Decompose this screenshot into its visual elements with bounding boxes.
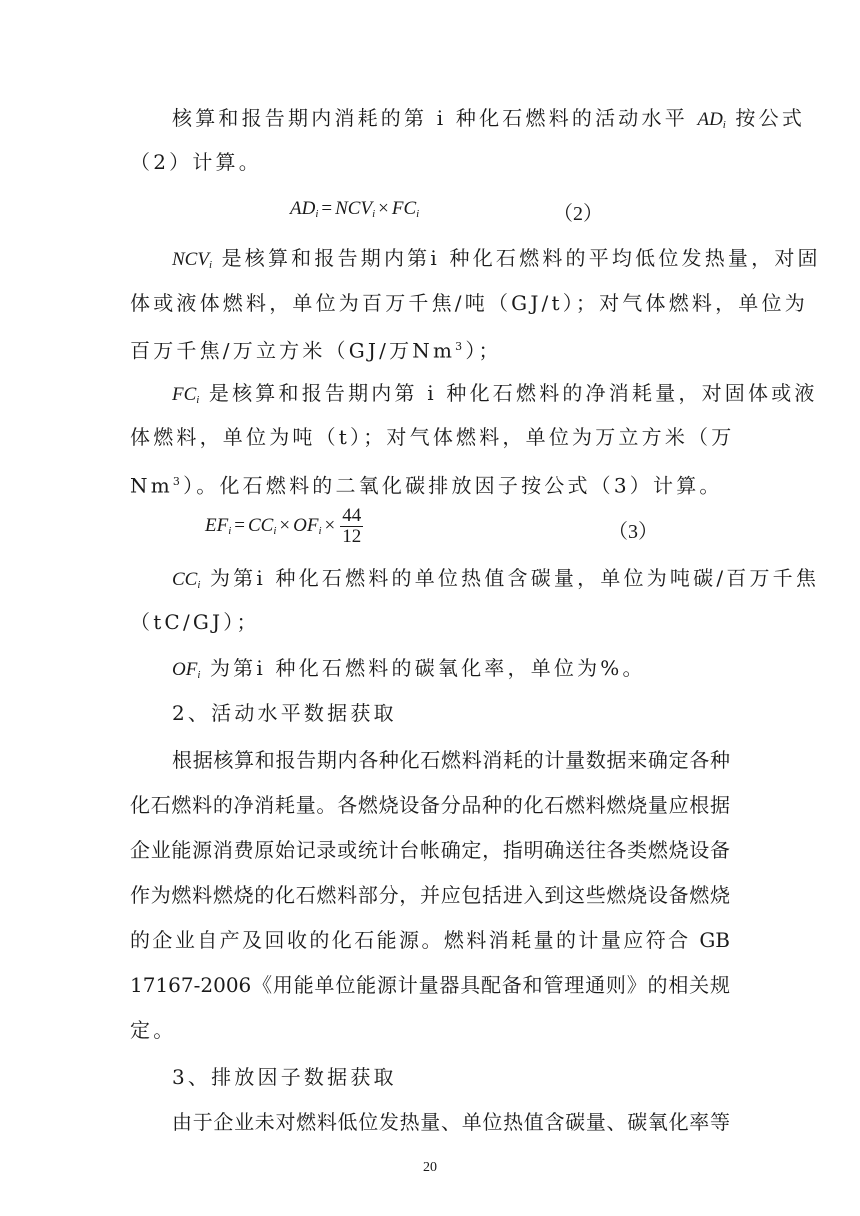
paragraph-line: 体或液体燃料，单位为百万千焦/吨（GJ/t）；对气体燃料，单位为 [130, 290, 730, 316]
variable-cc: CCi [172, 569, 200, 590]
page-number: 20 [0, 1160, 860, 1176]
variable-fc: FCi [172, 384, 199, 405]
fraction: 4412 [340, 506, 363, 547]
paragraph-line: 定。 [130, 1017, 730, 1043]
variable-ad: ADi [697, 109, 725, 130]
paragraph-line: 的企业自产及回收的化石能源。燃料消耗量的计量应符合 GB [130, 927, 730, 953]
paragraph-line: CCi 为第i 种化石燃料的单位热值含碳量，单位为吨碳/百万千焦 [172, 565, 730, 598]
paragraph-line: （2）计算。 [130, 149, 730, 175]
paragraph-line: 体燃料，单位为吨（t）；对气体燃料，单位为万立方米（万 [130, 424, 730, 450]
paragraph-line: 17167-2006《用能单位能源计量器具配备和管理通则》的相关规 [130, 972, 730, 998]
paragraph-line: OFi 为第i 种化石燃料的碳氧化率，单位为%。 [172, 655, 730, 688]
paragraph-line: Nm3）。化石燃料的二氧化碳排放因子按公式（3）计算。 [130, 469, 730, 499]
formula-2: ADi=NCVi×FCi [290, 198, 419, 220]
variable-of: OFi [172, 659, 200, 680]
equation-number-3: （3） [608, 515, 658, 544]
text: 按公式 [726, 106, 805, 130]
paragraph-line: NCVi 是核算和报告期内第i 种化石燃料的平均低位发热量，对固 [172, 245, 730, 278]
paragraph-line: 核算和报告期内消耗的第 i 种化石燃料的活动水平 ADi 按公式 [172, 105, 730, 138]
paragraph-line: 根据核算和报告期内各种化石燃料消耗的计量数据来确定各种 [172, 747, 730, 773]
formula-3: EFi=CCi×OFi×4412 [205, 506, 363, 547]
paragraph-line: 企业能源消费原始记录或统计台帐确定，指明确送往各类燃烧设备 [130, 837, 730, 863]
text: 是核算和报告期内第i 种化石燃料的平均低位发热量，对固 [212, 246, 821, 270]
paragraph-line: 化石燃料的净消耗量。各燃烧设备分品种的化石燃料燃烧量应根据 [130, 792, 730, 818]
equation-number-2: （2） [553, 197, 603, 226]
section-heading-3: 3、排放因子数据获取 [172, 1064, 730, 1090]
text: 核算和报告期内消耗的第 i 种化石燃料的活动水平 [172, 106, 697, 130]
variable-ncv: NCVi [172, 249, 212, 270]
paragraph-line: （tC/GJ）； [130, 609, 730, 635]
paragraph-line: 由于企业未对燃料低位发热量、单位热值含碳量、碳氧化率等 [172, 1109, 730, 1135]
text: 为第i 种化石燃料的单位热值含碳量，单位为吨碳/百万千焦 [200, 566, 819, 590]
text: 是核算和报告期内第 i 种化石燃料的净消耗量，对固体或液 [199, 381, 817, 405]
paragraph-line: FCi 是核算和报告期内第 i 种化石燃料的净消耗量，对固体或液 [172, 380, 730, 413]
text: 为第i 种化石燃料的碳氧化率，单位为%。 [200, 656, 645, 680]
paragraph-line: 百万千焦/万立方米（GJ/万Nm3）； [130, 334, 730, 364]
paragraph-line: 作为燃料燃烧的化石燃料部分，并应包括进入到这些燃烧设备燃烧 [130, 882, 730, 908]
section-heading-2: 2、活动水平数据获取 [172, 700, 730, 726]
